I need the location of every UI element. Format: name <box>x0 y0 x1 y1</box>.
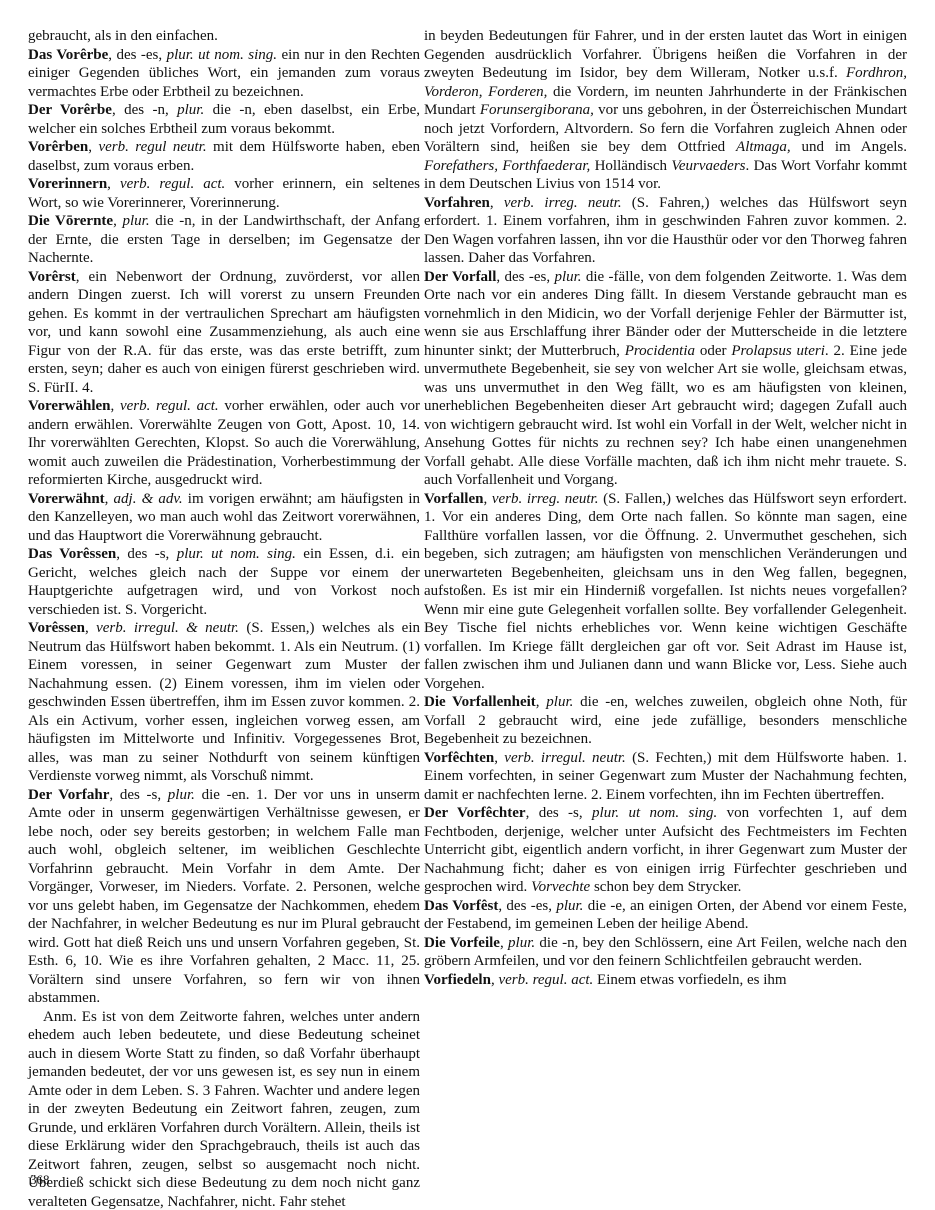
dictionary-page: gebraucht, als in den einfachen.Das Vorê… <box>0 0 935 1210</box>
continuation-from-previous-page: gebraucht, als in den einfachen. <box>28 27 420 46</box>
entry-die-vorernte: Die Vōrernte, plur. die -n, in der Landw… <box>28 212 420 268</box>
entry-der-vorfahr: Der Vorfahr, des -s, plur. die -en. 1. D… <box>28 786 420 1008</box>
page-number: 368 <box>30 1172 50 1188</box>
entry-die-vorfeile: Die Vorfeile, plur. die -n, bey den Schl… <box>424 934 907 971</box>
entry-der-vorfechter: Der Vorfêchter, des -s, plur. ut nom. si… <box>424 804 907 897</box>
entry-vorerben: Vorêrben, verb. regul neutr. mit dem Hül… <box>28 138 420 175</box>
entry-die-vorfallenheit: Die Vorfallenheit, plur. die -en, welche… <box>424 693 907 749</box>
entry-der-vorerbe: Der Vorêrbe, des -n, plur. die -n, eben … <box>28 101 420 138</box>
entry-das-vorfest: Das Vorfêst, des -es, plur. die -e, an e… <box>424 897 907 934</box>
entry-das-voressen: Das Vorêssen, des -s, plur. ut nom. sing… <box>28 545 420 619</box>
left-column: gebraucht, als in den einfachen.Das Vorê… <box>28 27 420 1210</box>
note-anmerkung-vorfahr: Anm. Es ist von dem Zeitworte fahren, we… <box>28 1008 420 1210</box>
entry-vorerwaehlen: Vorerwählen, verb. regul. act. vorher er… <box>28 397 420 490</box>
entry-vorfahren: Vorfahren, verb. irreg. neutr. (S. Fahre… <box>424 194 907 268</box>
entry-vorfallen: Vorfallen, verb. irreg. neutr. (S. Falle… <box>424 490 907 694</box>
entry-vorfiedeln: Vorfiedeln, verb. regul. act. Einem etwa… <box>424 971 907 990</box>
entry-das-vorerbe: Das Vorêrbe, des -es, plur. ut nom. sing… <box>28 46 420 102</box>
entry-der-vorfall: Der Vorfall, des -es, plur. die -fälle, … <box>424 268 907 490</box>
entry-vorerst: Vorêrst, ein Nebenwort der Ordnung, zuvö… <box>28 268 420 398</box>
continuation-anmerkung-vorfahr: in beyden Bedeutungen für Fahrer, und in… <box>424 27 907 194</box>
entry-voressen: Vorêssen, verb. irregul. & neutr. (S. Es… <box>28 619 420 786</box>
right-column: in beyden Bedeutungen für Fahrer, und in… <box>424 27 907 989</box>
entry-vorfechten: Vorfêchten, verb. irregul. neutr. (S. Fe… <box>424 749 907 805</box>
entry-vorerinnern: Vorerinnern, verb. regul. act. vorher er… <box>28 175 420 212</box>
entry-vorerwaehnt: Vorerwähnt, adj. & adv. im vorigen erwäh… <box>28 490 420 546</box>
